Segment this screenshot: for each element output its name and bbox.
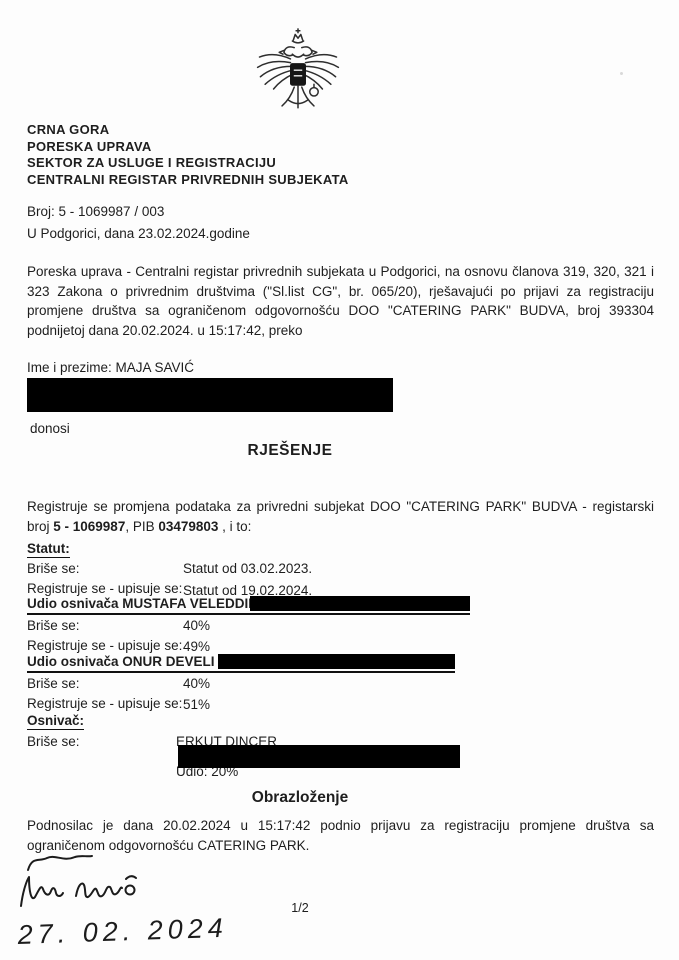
registration-tail: , i to: [218, 519, 251, 534]
redaction-bar-contact [27, 378, 393, 412]
row-value: 49% [183, 639, 210, 654]
redaction-bar-founder2-id [218, 654, 455, 669]
place-date-line: U Podgorici, dana 23.02.2024.godine [27, 223, 250, 245]
row-value: 40% [183, 676, 210, 691]
row-label: Briše se: [27, 734, 80, 749]
osnivac-heading-text: Osnivač: [27, 713, 84, 730]
row-value: 51% [183, 697, 210, 712]
row-value: Statut od 03.02.2023. [183, 561, 312, 576]
letterhead: CRNA GORA PORESKA UPRAVA SEKTOR ZA USLUG… [27, 122, 349, 188]
letterhead-authority: PORESKA UPRAVA [27, 139, 349, 156]
statut-row-brise: Briše se: Statut od 03.02.2023. [27, 561, 457, 576]
founder2-heading-text: Udio osnivača ONUR DEVELI MB/ [27, 654, 243, 669]
letterhead-registry: CENTRALNI REGISTAR PRIVREDNIH SUBJEKATA [27, 172, 349, 189]
decision-title: RJEŠENJE [0, 442, 580, 460]
registration-pib-value: 03479803 [158, 519, 218, 534]
montenegro-coat-of-arms-icon [250, 26, 346, 120]
registration-paragraph: Registruje se promjena podataka za privr… [27, 497, 654, 537]
row-label: Briše se: [27, 618, 80, 633]
letterhead-country: CRNA GORA [27, 122, 349, 139]
row-value: 40% [183, 618, 210, 633]
founder2-row-registruje: Registruje se - upisuje se: 51% [27, 696, 457, 711]
section-heading-statut: Statut: [27, 541, 70, 558]
case-number-line: Broj: 5 - 1069987 / 003 [27, 201, 250, 223]
handwritten-date: 27. 02. 2024 [16, 913, 223, 950]
page-number: 1/2 [270, 901, 330, 915]
section-heading-osnivac: Osnivač: [27, 713, 84, 730]
redaction-bar-osnivac-id [178, 745, 460, 768]
row-label: Briše se: [27, 676, 80, 691]
redaction-bar-founder1-id [250, 596, 470, 611]
case-info: Broj: 5 - 1069987 / 003 U Podgorici, dan… [27, 201, 250, 245]
intro-paragraph: Poreska uprava - Centralni registar priv… [27, 262, 654, 340]
registration-number: 5 - 1069987 [53, 519, 125, 534]
registration-pib-label: , PIB [125, 519, 158, 534]
explanation-title: Obrazloženje [0, 789, 600, 807]
handwritten-signature: 27. 02. 2024 [8, 846, 223, 956]
row-label: Briše se: [27, 561, 80, 576]
submitter-name-line: Ime i prezime: MAJA SAVIĆ [27, 360, 391, 379]
row-label: Registruje se - upisuje se: [27, 581, 182, 596]
statut-heading-text: Statut: [27, 541, 70, 558]
founder1-row-registruje: Registruje se - upisuje se: 49% [27, 638, 457, 653]
founder2-row-brise: Briše se: 40% [27, 676, 457, 691]
donosi-label: donosi [30, 421, 70, 436]
statut-row-registruje: Registruje se - upisuje se: Statut od 19… [27, 581, 457, 596]
row-label: Registruje se - upisuje se: [27, 638, 182, 653]
founder1-row-brise: Briše se: 40% [27, 618, 457, 633]
letterhead-sector: SEKTOR ZA USLUGE I REGISTRACIJU [27, 155, 349, 172]
scanned-decision-document: CRNA GORA PORESKA UPRAVA SEKTOR ZA USLUG… [0, 0, 679, 960]
scan-speck [620, 72, 623, 75]
row-label: Registruje se - upisuje se: [27, 696, 182, 711]
